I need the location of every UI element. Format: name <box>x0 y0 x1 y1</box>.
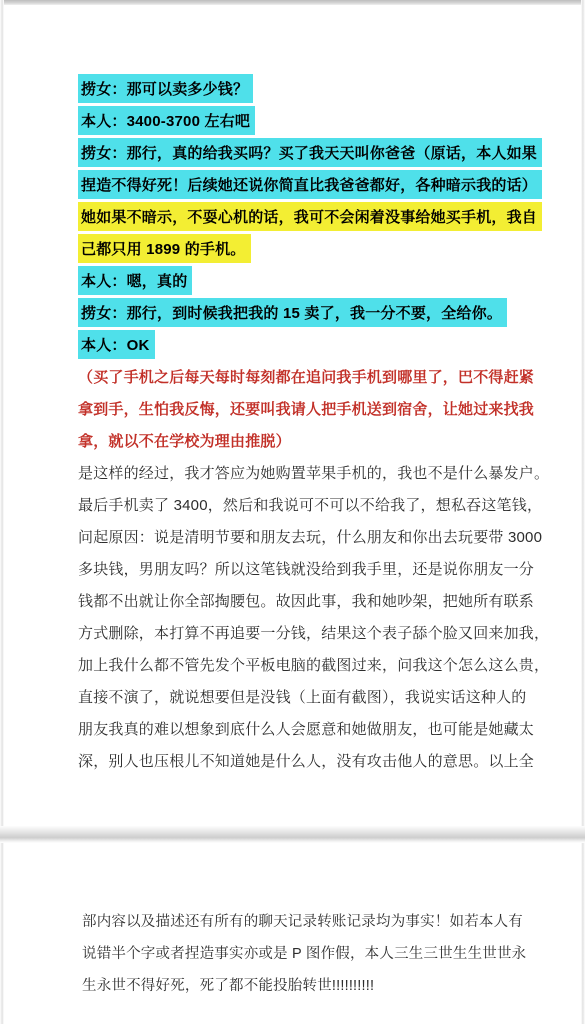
dialogue-line: 她如果不暗示，不耍心机的话，我可不会闲着没事给她买手机，我自 <box>78 200 548 232</box>
highlight-mark: 她如果不暗示，不耍心机的话，我可不会闲着没事给她买手机，我自 <box>78 202 542 231</box>
dialogue-line: 本人：嗯，真的 <box>78 264 548 296</box>
highlighted-dialogue-block: 捞女：那可以卖多少钱？ 本人：3400-3700 左右吧 捞女：那行，真的给我买… <box>78 72 548 360</box>
body-paragraph-block: 是这样的经过，我才答应为她购置苹果手机的，我也不是什么暴发户。 最后手机卖了 3… <box>78 456 548 776</box>
body-text-line: 直接不演了，就说想要但是没钱（上面有截图），我说实话这种人的 <box>78 680 548 712</box>
page-left-edge <box>0 0 4 1024</box>
page2-text-line: 部内容以及描述还有所有的聊天记录转账记录均为事实！如若本人有 <box>82 904 552 936</box>
body-text-line: 问起原因：说是清明节要和朋友去玩，什么朋友和你出去玩要带 3000 <box>78 520 548 552</box>
page2-text-line: 生永世不得好死，死了都不能投胎转世!!!!!!!!!! <box>82 968 552 1000</box>
red-note-line: （买了手机之后每天每时每刻都在追问我手机到哪里了，巴不得赶紧 <box>78 360 548 392</box>
document-screenshot: 捞女：那可以卖多少钱？ 本人：3400-3700 左右吧 捞女：那行，真的给我买… <box>0 0 585 1024</box>
body-text-line: 最后手机卖了 3400，然后和我说可不可以不给我了，想私吞这笔钱， <box>78 488 548 520</box>
highlight-mark: 本人：OK <box>78 330 155 359</box>
dialogue-line: 本人：OK <box>78 328 548 360</box>
body-text-line: 加上我什么都不管先发个平板电脑的截图过来，问我这个怎么这么贵， <box>78 648 548 680</box>
body-text-line: 方式删除，本打算不再追要一分钱，结果这个表子舔个脸又回来加我， <box>78 616 548 648</box>
highlight-mark: 捞女：那行，真的给我买吗？买了我天天叫你爸爸（原话，本人如果 <box>78 138 542 167</box>
highlight-mark: 己都只用 1899 的手机。 <box>78 234 251 263</box>
highlight-mark: 捞女：那可以卖多少钱？ <box>78 74 253 103</box>
body-text-line: 多块钱，男朋友吗？所以这笔钱就没给到我手里，还是说你朋友一分 <box>78 552 548 584</box>
dialogue-line: 捞女：那行，真的给我买吗？买了我天天叫你爸爸（原话，本人如果 <box>78 136 548 168</box>
page2-text-line: 说错半个字或者捏造事实亦或是 P 图作假，本人三生三世生生世世永 <box>82 936 552 968</box>
highlight-mark: 本人：3400-3700 左右吧 <box>78 106 255 135</box>
highlight-mark: 捏造不得好死！后续她还说你简直比我爸爸都好，各种暗示我的话） <box>78 170 542 199</box>
body-text-line: 是这样的经过，我才答应为她购置苹果手机的，我也不是什么暴发户。 <box>78 456 548 488</box>
red-note-line: 拿，就以不在学校为理由推脱） <box>78 424 548 456</box>
page-top-edge <box>0 0 585 5</box>
body-text-line: 深，别人也压根儿不知道她是什么人，没有攻击他人的意思。以上全 <box>78 744 548 776</box>
dialogue-line: 捞女：那可以卖多少钱？ <box>78 72 548 104</box>
body-text-line: 朋友我真的难以想象到底什么人会愿意和她做朋友，也可能是她藏太 <box>78 712 548 744</box>
highlight-mark: 捞女：那行，到时候我把我的 15 卖了，我一分不要，全给你。 <box>78 298 507 327</box>
dialogue-line: 捏造不得好死！后续她还说你简直比我爸爸都好，各种暗示我的话） <box>78 168 548 200</box>
page-2-content: 部内容以及描述还有所有的聊天记录转账记录均为事实！如若本人有 说错半个字或者捏造… <box>82 904 552 1000</box>
red-note-line: 拿到手，生怕我反悔，还要叫我请人把手机送到宿舍，让她过来找我 <box>78 392 548 424</box>
dialogue-line: 己都只用 1899 的手机。 <box>78 232 548 264</box>
dialogue-line: 捞女：那行，到时候我把我的 15 卖了，我一分不要，全给你。 <box>78 296 548 328</box>
body-text-line: 钱都不出就让你全部掏腰包。故因此事，我和她吵架，把她所有联系 <box>78 584 548 616</box>
red-annotation-block: （买了手机之后每天每时每刻都在追问我手机到哪里了，巴不得赶紧 拿到手，生怕我反悔… <box>78 360 548 456</box>
page-right-edge <box>581 0 585 1024</box>
page-break-separator <box>0 826 585 843</box>
dialogue-line: 本人：3400-3700 左右吧 <box>78 104 548 136</box>
highlight-mark: 本人：嗯，真的 <box>78 266 192 295</box>
page-1-content: 捞女：那可以卖多少钱？ 本人：3400-3700 左右吧 捞女：那行，真的给我买… <box>78 72 548 776</box>
